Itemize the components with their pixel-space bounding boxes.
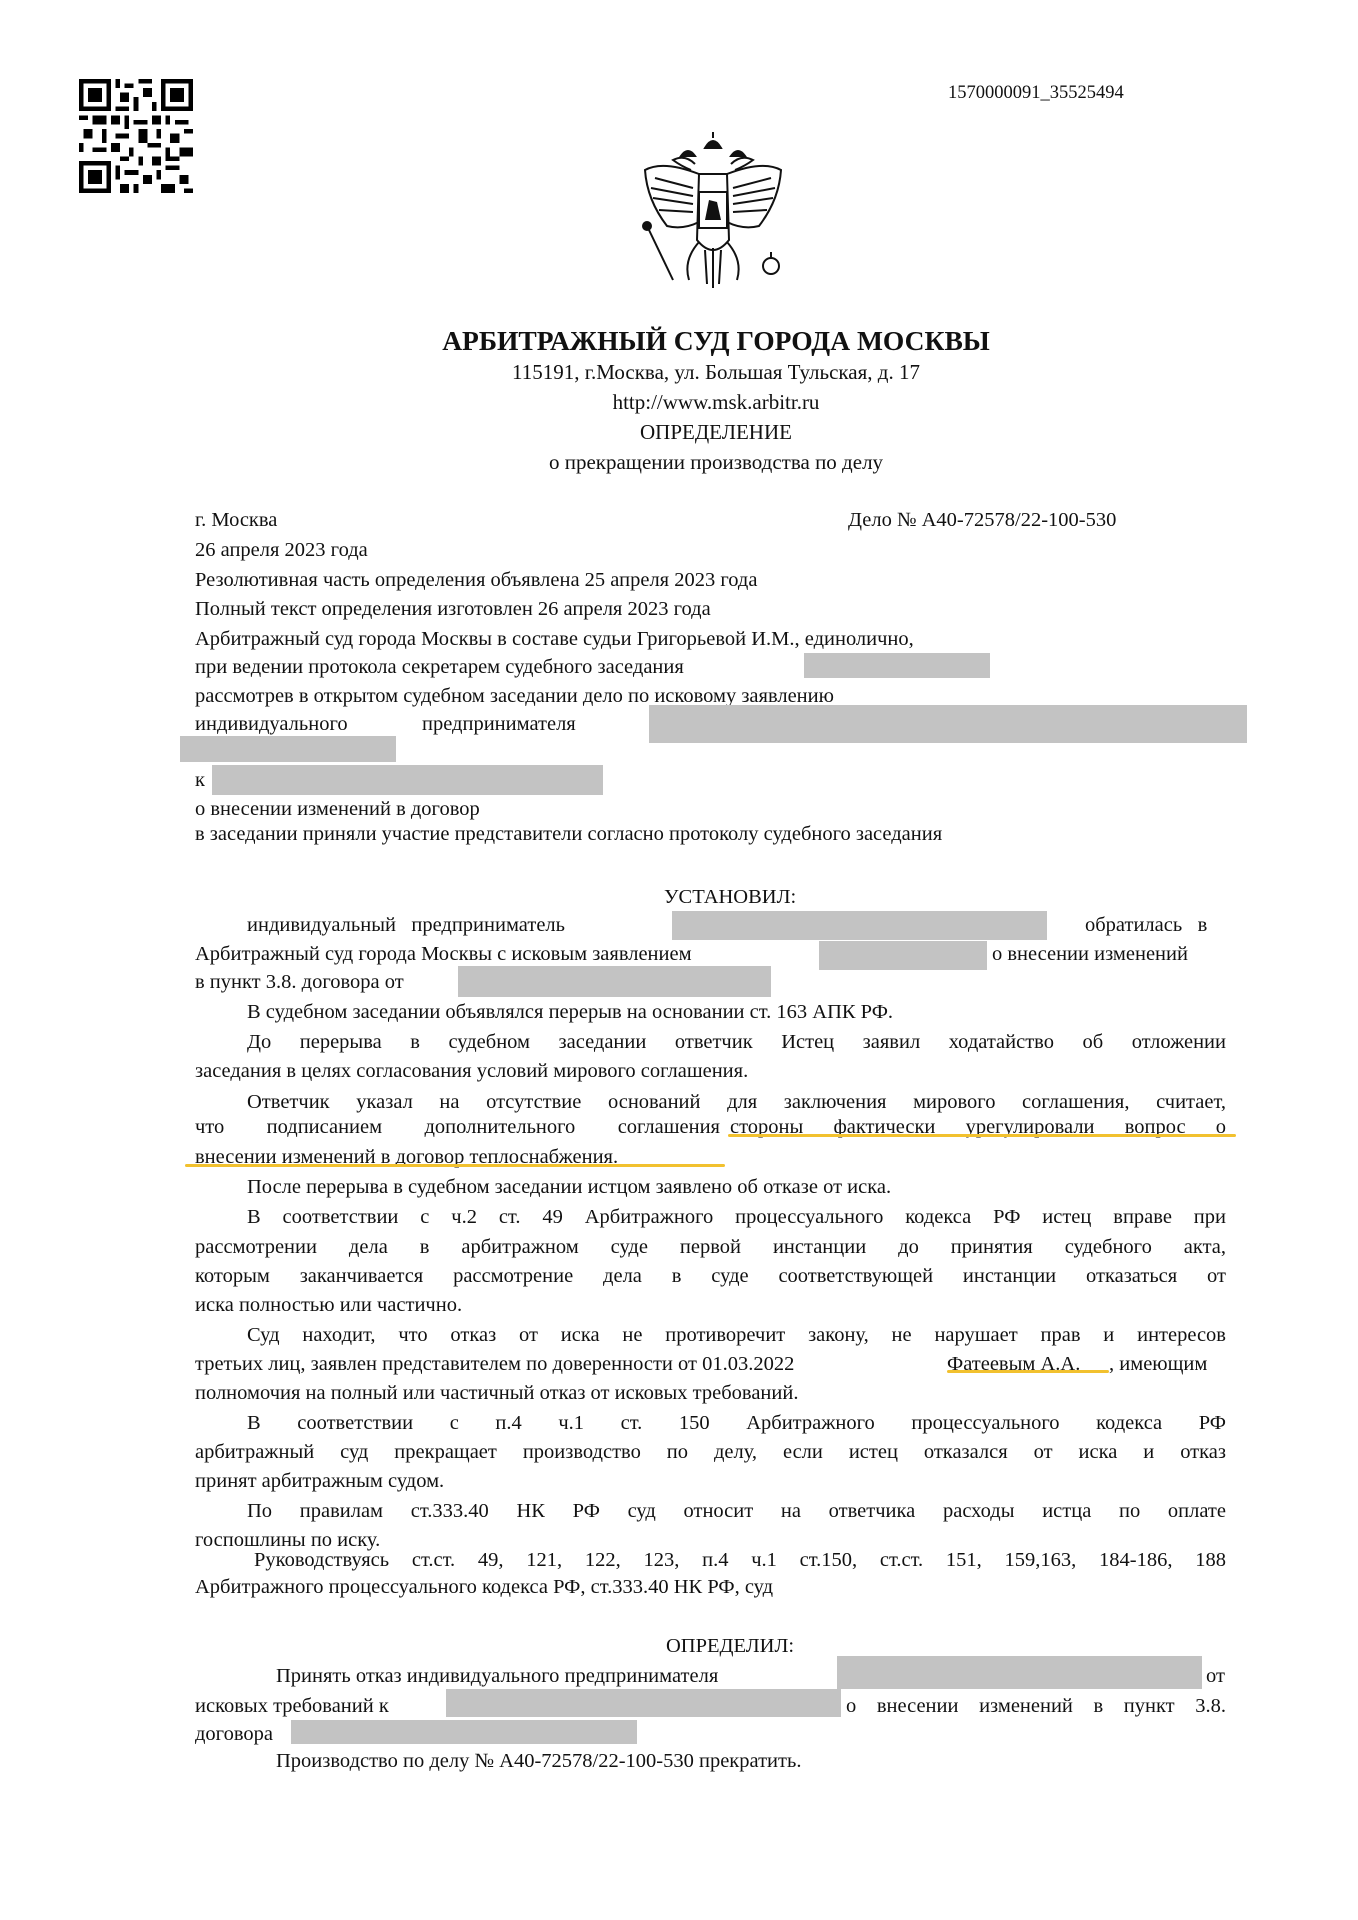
court-ruling-page: 1570000091_35525494 [0,0,1358,1920]
established-p7-line3: полномочия на полный или частичный отказ… [195,1381,798,1405]
case-number: Дело № А40-72578/22-100-530 [848,508,1116,532]
redacted-plaintiff-name-cont [180,736,396,762]
ruling-date: 26 апреля 2023 года [195,538,368,562]
ruling-r1-line1a: Принять отказ индивидуального предприним… [276,1664,718,1688]
highlight-underline-2 [185,1164,725,1167]
court-address: 115191, г.Москва, ул. Большая Тульская, … [0,360,1358,384]
court-website-link[interactable]: http://www.msk.arbitr.ru [0,390,1358,414]
intro-line-to: к [195,768,205,792]
court-name-title: АРБИТРАЖНЫЙ СУД ГОРОДА МОСКВЫ [0,326,1358,356]
established-p5: После перерыва в судебном заседании истц… [247,1175,891,1199]
redacted-defendant-name-2 [446,1689,841,1717]
established-p1-line3: в пункт 3.8. договора от [195,970,404,994]
document-type: ОПРЕДЕЛЕНИЕ [0,420,1358,444]
ruling-r1-line3: договора [195,1722,273,1746]
ruling-r2-terminate: Производство по делу № А40-72578/22-100-… [276,1749,801,1773]
intro-line-secretary: при ведении протокола секретарем судебно… [195,655,684,679]
intro-line-judge: Арбитражный суд города Москвы в составе … [195,627,914,651]
established-p6-line2: рассмотрении дела в арбитражном суде пер… [195,1235,1226,1259]
ruling-heading: ОПРЕДЕЛИЛ: [666,1634,794,1658]
established-p1-line2a: Арбитражный суд города Москвы с исковым … [195,942,692,966]
city: г. Москва [195,508,277,532]
established-p4-line1: Ответчик указал на отсутствие оснований … [247,1090,1226,1114]
established-heading: УСТАНОВИЛ: [664,885,796,909]
redacted-plaintiff-name-3 [837,1656,1202,1689]
established-p8-line3: принят арбитражным судом. [195,1469,444,1493]
redacted-plaintiff-name [649,705,1247,743]
full-text-made: Полный текст определения изготовлен 26 а… [195,597,711,621]
established-p6-line1: В соответствии с ч.2 ст. 49 Арбитражного… [247,1205,1226,1229]
redacted-claim-date [819,941,987,970]
qr-code-icon [79,79,193,193]
established-p7-line2c: , имеющим [1109,1352,1207,1376]
established-p8-line2: арбитражный суд прекращает производство … [195,1440,1226,1464]
redacted-secretary-name [804,653,990,678]
established-p8-line1: В соответствии с п.4 ч.1 ст. 150 Арбитра… [247,1411,1226,1435]
established-p6-line4: иска полностью или частично. [195,1293,462,1317]
established-p10-line1: Руководствуясь ст.ст. 49, 121, 122, 123,… [254,1548,1226,1572]
intro-line-participants: в заседании приняли участие представител… [195,822,942,846]
established-p1-line2b: о внесении изменений [992,942,1188,966]
established-p3-line1: До перерыва в судебном заседании ответчи… [247,1030,1226,1054]
redacted-contract-details [458,966,771,997]
established-p6-line3: которым заканчивается рассмотрение дела … [195,1264,1226,1288]
intro-line-ip-b: предпринимателя [422,712,576,736]
redacted-contract-details-2 [291,1720,637,1744]
ruling-r1-line1b: от [1206,1664,1225,1688]
established-p10-line2: Арбитражного процессуального кодекса РФ,… [195,1575,773,1599]
established-p9-line1: По правилам ст.333.40 НК РФ суд относит … [247,1499,1226,1523]
established-p7-line2a: третьих лиц, заявлен представителем по д… [195,1352,794,1376]
redacted-plaintiff-name-2 [672,911,1047,940]
intro-line-subject: о внесении изменений в договор [195,797,480,821]
coat-of-arms-emblem-icon [633,130,793,292]
redacted-defendant-name [212,765,603,795]
established-p3-line2: заседания в целях согласования условий м… [195,1059,748,1083]
resolution-announced: Резолютивная часть определения объявлена… [195,568,757,592]
highlight-underline-3 [947,1370,1109,1373]
established-p1-line1b: обратилась в [1085,913,1207,937]
document-id: 1570000091_35525494 [948,82,1124,104]
document-subtitle: о прекращении производства по делу [0,450,1358,474]
intro-line-ip-a: индивидуального [195,712,348,736]
highlight-underline-1 [728,1134,1236,1137]
established-p2: В судебном заседании объявлялся перерыв … [247,1000,893,1024]
ruling-r1-line2a: исковых требований к [195,1694,389,1718]
ruling-r1-line2b: о внесении изменений в пункт 3.8. [846,1694,1226,1718]
established-p7-line1: Суд находит, что отказ от иска не против… [247,1323,1226,1347]
established-p4-line2a: что подписанием дополнительного соглашен… [195,1115,720,1139]
established-p1-line1a: индивидуальный предприниматель [247,913,565,937]
